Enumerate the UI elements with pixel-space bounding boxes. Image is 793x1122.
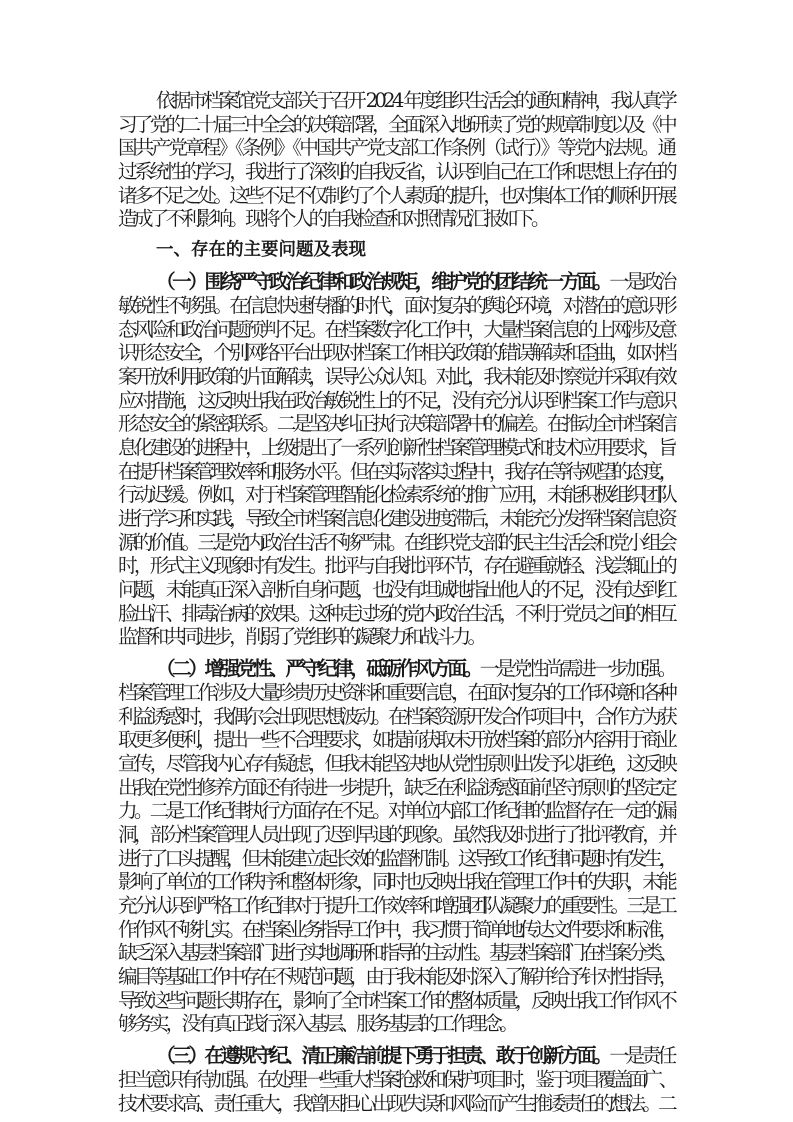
text-line: （三）在遵规守纪、清正廉洁前提下勇于担责、敢于创新方面。一是责任	[118, 1044, 674, 1068]
text-line: 依据市档案馆党支部关于召开 2024 年度组织生活会的通知精神，我认真学	[118, 89, 674, 113]
text-line: 态风险和政治问题预判不足。在档案数字化工作中，大量档案信息的上网涉及意	[118, 318, 674, 342]
subsection-1-paragraph: （一）围绕严守政治纪律和政治规矩，维护党的团结统一方面。一是政治 敏锐性不够强。…	[118, 270, 674, 649]
text-line: 行动迟缓。例如，对于档案管理智能化检索系统的推广应用，未能积极组织团队	[118, 483, 674, 507]
text-line: （一）围绕严守政治纪律和政治规矩，维护党的团结统一方面。一是政治	[118, 270, 674, 294]
text-line: 宣传，尽管我内心存有疑虑，但我未能坚决地从党性原则出发予以拒绝，这反映	[118, 752, 674, 776]
text-line: 敏锐性不够强。在信息快速传播的时代，面对复杂的舆论环境，对潜在的意识形	[118, 294, 674, 318]
text-line: 档案管理工作涉及大量珍贵历史资料和重要信息，在面对复杂的工作环境和各种	[118, 681, 674, 705]
paragraph-gap	[118, 1036, 674, 1044]
text-line: 在提升档案管理效率和服务水平。但在实际落实过程中，我存在等待观望的态度，	[118, 460, 674, 484]
subsection-3-paragraph: （三）在遵规守纪、清正廉洁前提下勇于担责、敢于创新方面。一是责任 担当意识有待加…	[118, 1044, 674, 1115]
text-line: 监督和共同进步，削弱了党组织的凝聚力和战斗力。	[118, 625, 674, 649]
intro-paragraph: 依据市档案馆党支部关于召开 2024 年度组织生活会的通知精神，我认真学 习了党…	[118, 89, 674, 231]
text-line: 导致这些问题长期存在，影响了全市档案工作的整体质量，反映出我工作作风不	[118, 989, 674, 1013]
text-line: 利益诱惑时，我偶尔会出现思想波动。在档案资源开发合作项目中，合作方为获	[118, 705, 674, 729]
text-line: 识形态安全，个别网络平台出现对档案工作相关政策的错误解读和歪曲，如对档	[118, 341, 674, 365]
text-line: 进行了口头提醒，但未能建立起长效的监督机制。这导致工作纪律问题时有发生，	[118, 847, 674, 871]
text-line: 案开放利用政策的片面解读，误导公众认知。对此，我未能及时察觉并采取有效	[118, 365, 674, 389]
text-run: 一是责任	[609, 1044, 674, 1067]
text-line: 形态安全的紧密联系。二是坚决纠正执行决策部署中的偏差。在推动全市档案信	[118, 412, 674, 436]
text-line: 源的价值。三是党内政治生活不够严肃。在组织党支部的民主生活会和党小组会	[118, 531, 674, 555]
text-line: 过系统性的学习，我进行了深刻的自我反省，认识到自己在工作和思想上存在的	[118, 160, 674, 184]
text-run: 一是党性尚需进一步加强。	[480, 657, 674, 680]
subsection-2-paragraph: （二）增强党性、严守纪律，砥砺作风方面。一是党性尚需进一步加强。 档案管理工作涉…	[118, 657, 674, 1036]
text-line: 充分认识到严格工作纪律对于提升工作效率和增强团队凝聚力的重要性。三是工	[118, 894, 674, 918]
text-line: 洞，部分档案管理人员出现了迟到早退的现象。虽然我及时进行了批评教育，并	[118, 823, 674, 847]
text-line: 应对措施，这反映出我在政治敏锐性上的不足，没有充分认识到档案工作与意识	[118, 389, 674, 413]
subsection-title: （三）在遵规守纪、清正廉洁前提下勇于担责、敢于创新方面。	[156, 1044, 609, 1067]
text-line: 习了党的二十届三中全会的决策部署，全面深入地研读了党的规章制度以及《中	[118, 113, 674, 137]
text-line: 作作风不够扎实。在档案业务指导工作中，我习惯于简单地传达文件要求和标准，	[118, 918, 674, 942]
section-heading: 一、存在的主要问题及表现	[118, 237, 674, 264]
text-line: 力。二是工作纪律执行方面存在不足。对单位内部工作纪律的监督存在一定的漏	[118, 799, 674, 823]
text-line: 取更多便利，提出一些不合理要求，如提前获取未开放档案的部分内容用于商业	[118, 728, 674, 752]
text-line: 编目等基础工作中存在不规范问题，由于我未能及时深入了解并给予针对性指导，	[118, 965, 674, 989]
text-line: （二）增强党性、严守纪律，砥砺作风方面。一是党性尚需进一步加强。	[118, 657, 674, 681]
text-line: 出我在党性修养方面还有待进一步提升，缺乏在利益诱惑面前坚守原则的坚定定	[118, 776, 674, 800]
text-line: 进行学习和实践，导致全市档案信息化建设进度滞后，未能充分发挥档案信息资	[118, 507, 674, 531]
text-line: 够务实，没有真正践行深入基层、服务基层的工作理念。	[118, 1012, 674, 1036]
document-page: 依据市档案馆党支部关于召开 2024 年度组织生活会的通知精神，我认真学 习了党…	[118, 89, 674, 1115]
subsection-title: （二）增强党性、严守纪律，砥砺作风方面。	[156, 657, 480, 680]
text-line: 担当意识有待加强。在处理一些重大档案抢救和保护项目时，鉴于项目覆盖面广、	[118, 1068, 674, 1092]
text-line: 脸出汗、排毒治病的效果。这种走过场的党内政治生活，不利于党员之间的相互	[118, 602, 674, 626]
text-line: 缺乏深入基层档案部门进行实地调研和指导的主动性。基层档案部门在档案分类、	[118, 941, 674, 965]
text-line: 息化建设的进程中，上级提出了一系列创新性档案管理模式和技术应用要求，旨	[118, 436, 674, 460]
text-line: 时，形式主义现象时有发生。批评与自我批评环节，存在避重就轻、浅尝辄止的	[118, 554, 674, 578]
text-line: 诸多不足之处。这些不足不仅制约了个人素质的提升，也对集体工作的顺利开展	[118, 184, 674, 208]
text-line: 技术要求高、责任重大，我曾因担心出现失误和风险而产生推诿责任的想法。二	[118, 1092, 674, 1116]
text-line: 影响了单位的工作秩序和整体形象，同时也反映出我在管理工作中的失职，未能	[118, 870, 674, 894]
text-line: 国共产党章程》《条例》《中国共产党支部工作条例（试行）》等党内法规。通	[118, 136, 674, 160]
text-run: 一是政治	[609, 270, 674, 293]
subsection-title: （一）围绕严守政治纪律和政治规矩，维护党的团结统一方面。	[156, 270, 609, 293]
text-line: 造成了不利影响。现将个人的自我检查和对照情况汇报如下。	[118, 207, 674, 231]
text-line: 问题，未能真正深入剖析自身问题，也没有坦诚地指出他人的不足，没有达到红	[118, 578, 674, 602]
paragraph-gap	[118, 649, 674, 657]
